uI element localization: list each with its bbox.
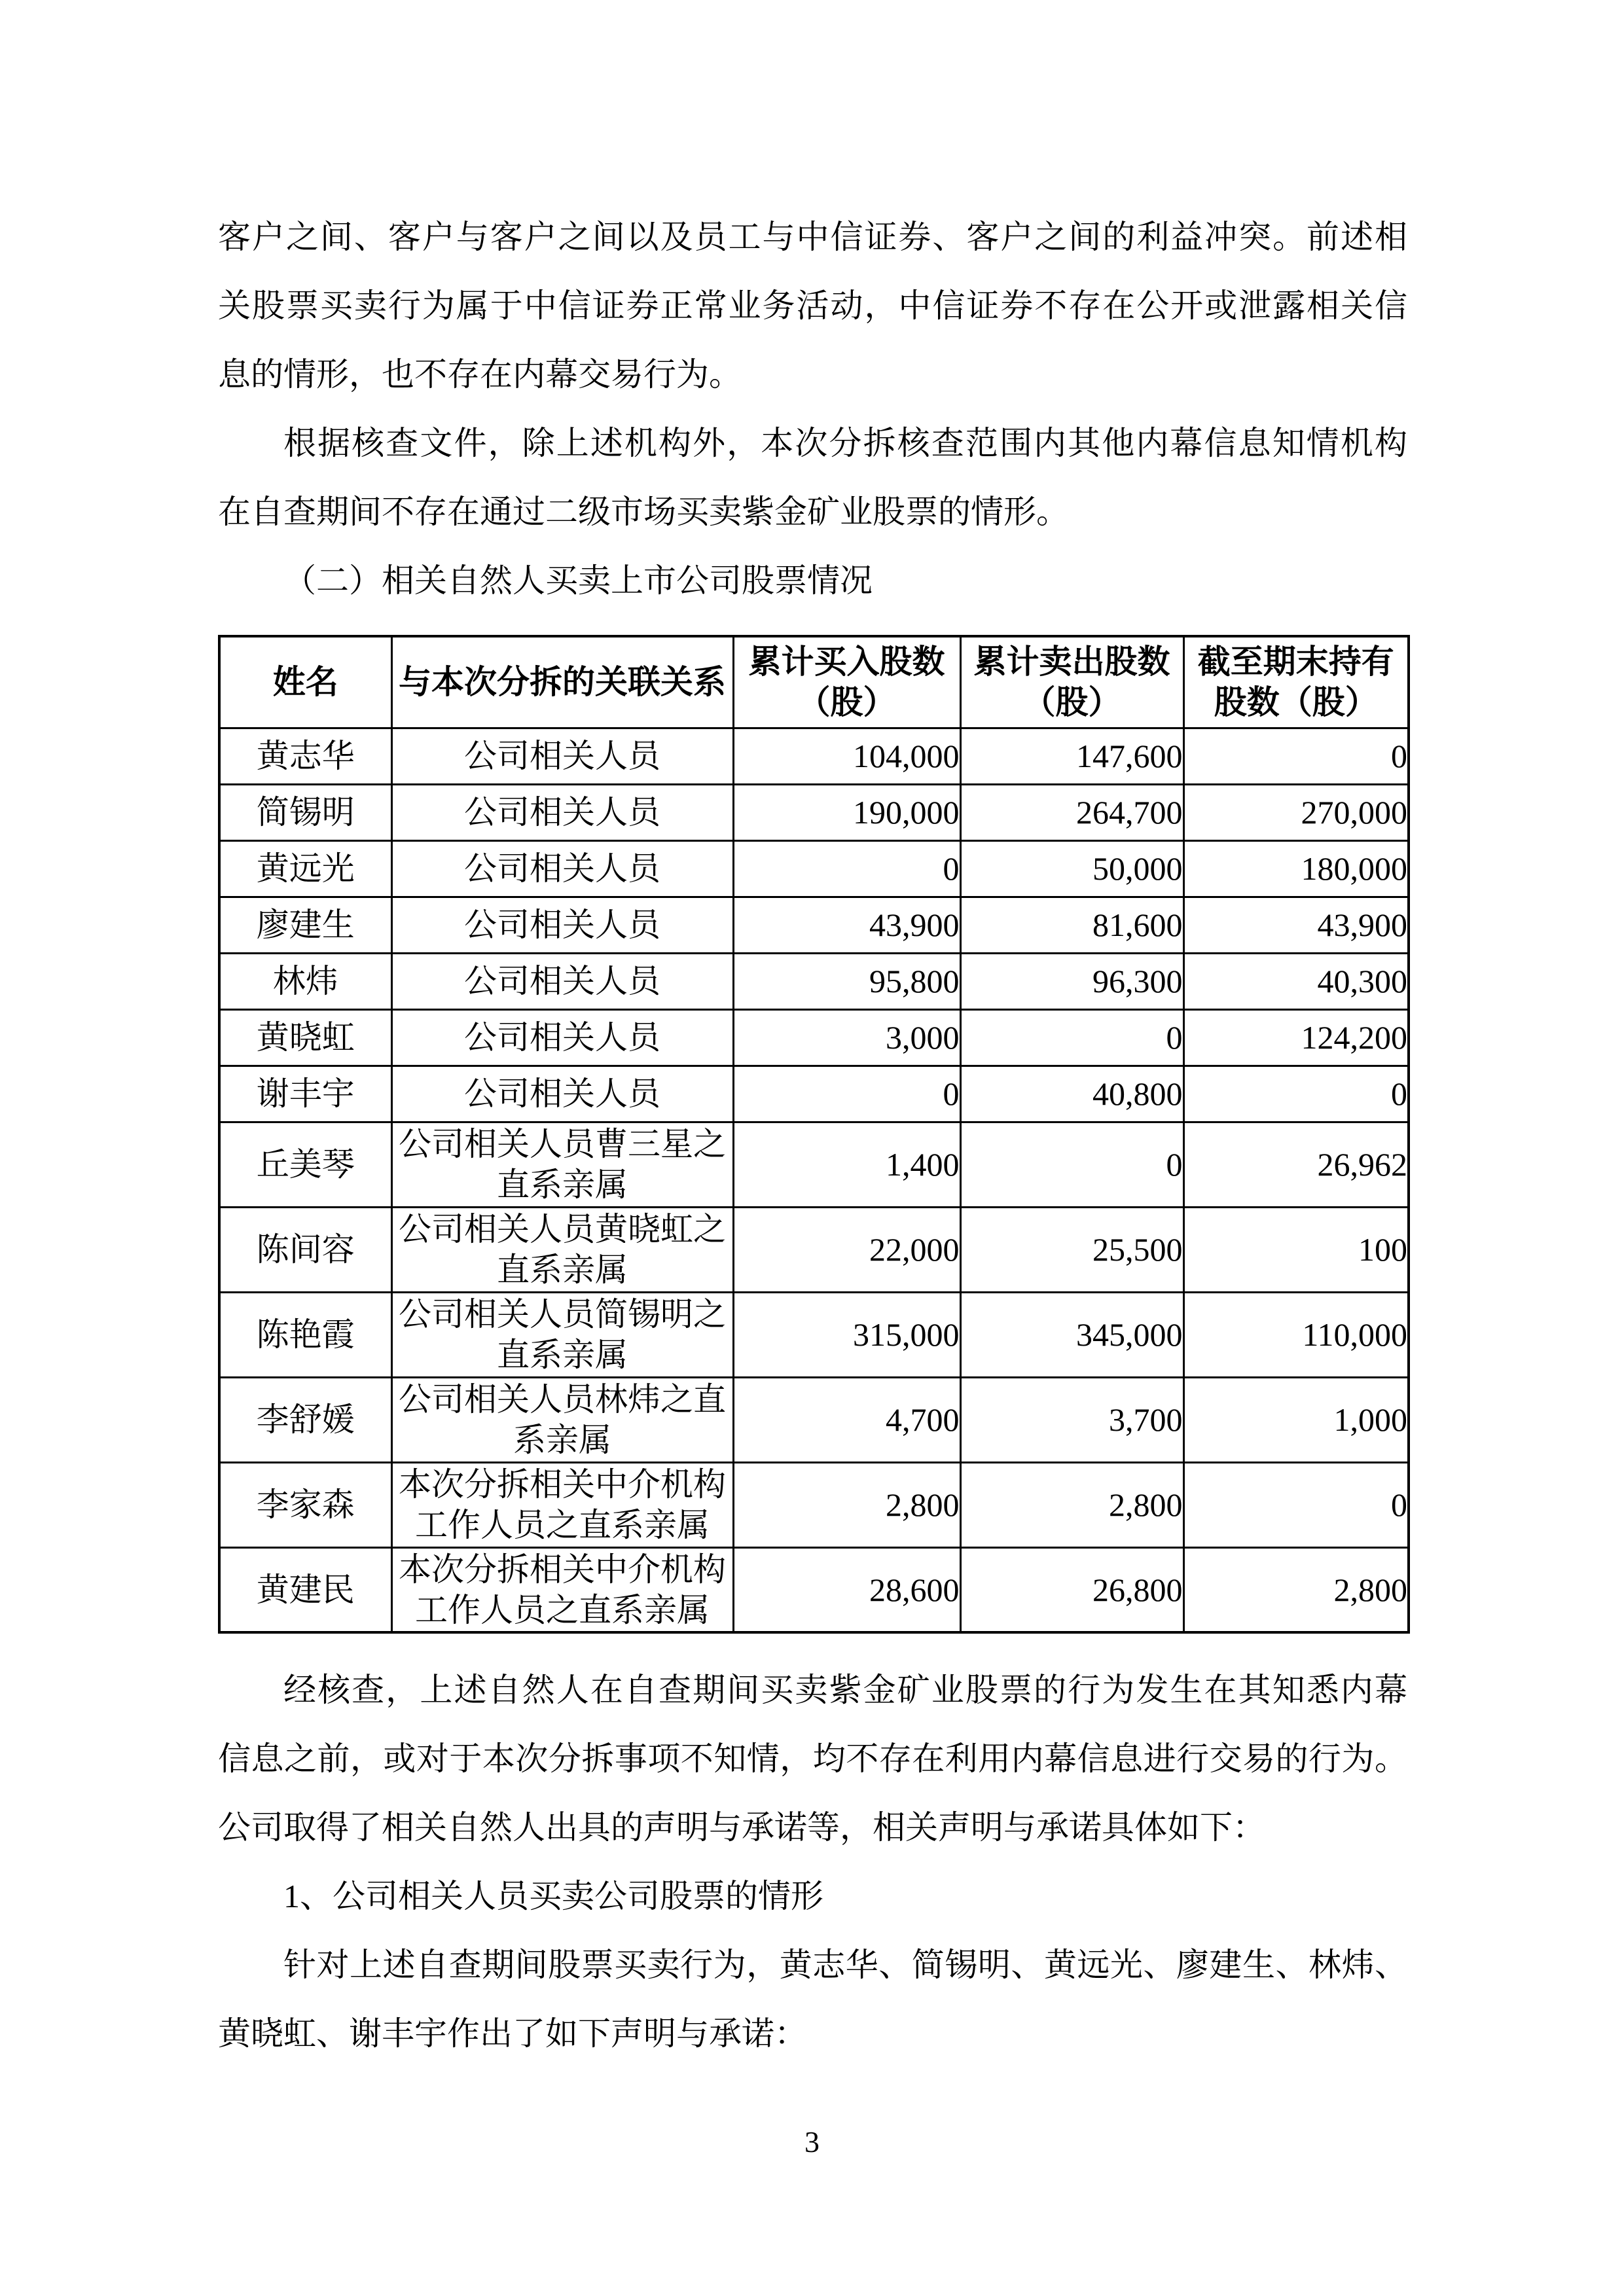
held-cell: 43,900 xyxy=(1183,897,1409,953)
table-row: 陈艳霞 公司相关人员简锡明之直系亲属 315,000 345,000 110,0… xyxy=(219,1292,1409,1377)
paragraph-line: 客户之间、客户与客户之间以及员工与中信证券、客户之间的利益冲突。前述相 xyxy=(218,203,1407,272)
bought-cell: 28,600 xyxy=(733,1547,960,1632)
relation-cell: 本次分拆相关中介机构工作人员之直系亲属 xyxy=(391,1462,733,1547)
bought-cell: 43,900 xyxy=(733,897,960,953)
held-cell: 0 xyxy=(1183,1066,1409,1122)
sold-cell: 3,700 xyxy=(960,1377,1183,1462)
sold-cell: 50,000 xyxy=(960,840,1183,897)
bought-cell: 22,000 xyxy=(733,1207,960,1292)
table-row: 黄建民 本次分拆相关中介机构工作人员之直系亲属 28,600 26,800 2,… xyxy=(219,1547,1409,1632)
paragraph-line: 在自查期间不存在通过二级市场买卖紫金矿业股票的情形。 xyxy=(218,478,1407,547)
name-cell: 黄志华 xyxy=(219,728,391,784)
bought-cell: 2,800 xyxy=(733,1462,960,1547)
relation-cell: 公司相关人员简锡明之直系亲属 xyxy=(391,1292,733,1377)
relation-cell: 公司相关人员曹三星之直系亲属 xyxy=(391,1122,733,1207)
table-header-row: 姓名 与本次分拆的关联关系 累计买入股数（股） 累计卖出股数（股） 截至期末持有… xyxy=(219,636,1409,728)
held-cell: 124,200 xyxy=(1183,1009,1409,1066)
paragraph-2: 根据核查文件，除上述机构外，本次分拆核查范围内其他内幕信息知情机构 在自查期间不… xyxy=(218,409,1407,547)
table-row: 廖建生 公司相关人员 43,900 81,600 43,900 xyxy=(219,897,1409,953)
held-cell: 1,000 xyxy=(1183,1377,1409,1462)
sold-cell: 147,600 xyxy=(960,728,1183,784)
bought-cell: 0 xyxy=(733,1066,960,1122)
held-cell: 0 xyxy=(1183,1462,1409,1547)
table-row: 谢丰宇 公司相关人员 0 40,800 0 xyxy=(219,1066,1409,1122)
sold-cell: 96,300 xyxy=(960,953,1183,1009)
sold-cell: 40,800 xyxy=(960,1066,1183,1122)
bought-cell: 104,000 xyxy=(733,728,960,784)
table-row: 简锡明 公司相关人员 190,000 264,700 270,000 xyxy=(219,784,1409,840)
name-cell: 林炜 xyxy=(219,953,391,1009)
sold-cell: 2,800 xyxy=(960,1462,1183,1547)
bought-cell: 315,000 xyxy=(733,1292,960,1377)
bought-cell: 1,400 xyxy=(733,1122,960,1207)
table-row: 黄志华 公司相关人员 104,000 147,600 0 xyxy=(219,728,1409,784)
bought-cell: 0 xyxy=(733,840,960,897)
sold-cell: 264,700 xyxy=(960,784,1183,840)
held-cell: 40,300 xyxy=(1183,953,1409,1009)
section-heading: （二）相关自然人买卖上市公司股票情况 xyxy=(218,547,1407,615)
relation-cell: 本次分拆相关中介机构工作人员之直系亲属 xyxy=(391,1547,733,1632)
table-row: 陈间容 公司相关人员黄晓虹之直系亲属 22,000 25,500 100 xyxy=(219,1207,1409,1292)
name-cell: 陈艳霞 xyxy=(219,1292,391,1377)
relation-cell: 公司相关人员 xyxy=(391,1066,733,1122)
bought-cell: 190,000 xyxy=(733,784,960,840)
bought-cell: 95,800 xyxy=(733,953,960,1009)
relation-cell: 公司相关人员 xyxy=(391,840,733,897)
name-cell: 黄晓虹 xyxy=(219,1009,391,1066)
held-cell: 110,000 xyxy=(1183,1292,1409,1377)
bought-cell: 3,000 xyxy=(733,1009,960,1066)
sold-cell: 81,600 xyxy=(960,897,1183,953)
relation-cell: 公司相关人员 xyxy=(391,1009,733,1066)
header-relation: 与本次分拆的关联关系 xyxy=(391,636,733,728)
bought-cell: 4,700 xyxy=(733,1377,960,1462)
held-cell: 100 xyxy=(1183,1207,1409,1292)
sold-cell: 0 xyxy=(960,1122,1183,1207)
held-cell: 180,000 xyxy=(1183,840,1409,897)
held-cell: 0 xyxy=(1183,728,1409,784)
name-cell: 李家森 xyxy=(219,1462,391,1547)
paragraph-1: 客户之间、客户与客户之间以及员工与中信证券、客户之间的利益冲突。前述相 关股票买… xyxy=(218,203,1407,409)
header-bought: 累计买入股数（股） xyxy=(733,636,960,728)
page-number: 3 xyxy=(0,2124,1624,2161)
header-name: 姓名 xyxy=(219,636,391,728)
held-cell: 2,800 xyxy=(1183,1547,1409,1632)
table-row: 黄晓虹 公司相关人员 3,000 0 124,200 xyxy=(219,1009,1409,1066)
paragraph-line: 关股票买卖行为属于中信证券正常业务活动，中信证券不存在公开或泄露相关信 xyxy=(218,272,1407,340)
relation-cell: 公司相关人员 xyxy=(391,953,733,1009)
list-item-heading: 1、公司相关人员买卖公司股票的情形 xyxy=(218,1862,1407,1931)
name-cell: 丘美琴 xyxy=(219,1122,391,1207)
table-row: 李家森 本次分拆相关中介机构工作人员之直系亲属 2,800 2,800 0 xyxy=(219,1462,1409,1547)
natural-person-trading-table: 姓名 与本次分拆的关联关系 累计买入股数（股） 累计卖出股数（股） 截至期末持有… xyxy=(218,635,1410,1634)
paragraph-line: 公司取得了相关自然人出具的声明与承诺等，相关声明与承诺具体如下： xyxy=(218,1793,1407,1862)
paragraph-line: 针对上述自查期间股票买卖行为，黄志华、简锡明、黄远光、廖建生、林炜、 xyxy=(218,1931,1407,2000)
relation-cell: 公司相关人员 xyxy=(391,897,733,953)
name-cell: 黄建民 xyxy=(219,1547,391,1632)
table-row: 黄远光 公司相关人员 0 50,000 180,000 xyxy=(219,840,1409,897)
table-row: 林炜 公司相关人员 95,800 96,300 40,300 xyxy=(219,953,1409,1009)
paragraph-line: 根据核查文件，除上述机构外，本次分拆核查范围内其他内幕信息知情机构 xyxy=(218,409,1407,478)
paragraph-line: 息的情形，也不存在内幕交易行为。 xyxy=(218,340,1407,409)
held-cell: 270,000 xyxy=(1183,784,1409,840)
name-cell: 陈间容 xyxy=(219,1207,391,1292)
paragraph-line: 黄晓虹、谢丰宇作出了如下声明与承诺： xyxy=(218,2000,1407,2068)
name-cell: 李舒媛 xyxy=(219,1377,391,1462)
header-held: 截至期末持有股数（股） xyxy=(1183,636,1409,728)
name-cell: 谢丰宇 xyxy=(219,1066,391,1122)
paragraph-line: 信息之前，或对于本次分拆事项不知情，均不存在利用内幕信息进行交易的行为。 xyxy=(218,1725,1407,1793)
sold-cell: 25,500 xyxy=(960,1207,1183,1292)
held-cell: 26,962 xyxy=(1183,1122,1409,1207)
sold-cell: 0 xyxy=(960,1009,1183,1066)
document-page: 客户之间、客户与客户之间以及员工与中信证券、客户之间的利益冲突。前述相 关股票买… xyxy=(0,0,1624,2296)
relation-cell: 公司相关人员林炜之直系亲属 xyxy=(391,1377,733,1462)
name-cell: 廖建生 xyxy=(219,897,391,953)
table-row: 李舒媛 公司相关人员林炜之直系亲属 4,700 3,700 1,000 xyxy=(219,1377,1409,1462)
paragraph-3: 经核查，上述自然人在自查期间买卖紫金矿业股票的行为发生在其知悉内幕 信息之前，或… xyxy=(218,1656,1407,1862)
relation-cell: 公司相关人员黄晓虹之直系亲属 xyxy=(391,1207,733,1292)
table-row: 丘美琴 公司相关人员曹三星之直系亲属 1,400 0 26,962 xyxy=(219,1122,1409,1207)
paragraph-5: 针对上述自查期间股票买卖行为，黄志华、简锡明、黄远光、廖建生、林炜、 黄晓虹、谢… xyxy=(218,1931,1407,2068)
document-content: 客户之间、客户与客户之间以及员工与中信证券、客户之间的利益冲突。前述相 关股票买… xyxy=(218,203,1407,2068)
name-cell: 黄远光 xyxy=(219,840,391,897)
sold-cell: 345,000 xyxy=(960,1292,1183,1377)
name-cell: 简锡明 xyxy=(219,784,391,840)
sold-cell: 26,800 xyxy=(960,1547,1183,1632)
relation-cell: 公司相关人员 xyxy=(391,728,733,784)
paragraph-line: 经核查，上述自然人在自查期间买卖紫金矿业股票的行为发生在其知悉内幕 xyxy=(218,1656,1407,1725)
relation-cell: 公司相关人员 xyxy=(391,784,733,840)
header-sold: 累计卖出股数（股） xyxy=(960,636,1183,728)
